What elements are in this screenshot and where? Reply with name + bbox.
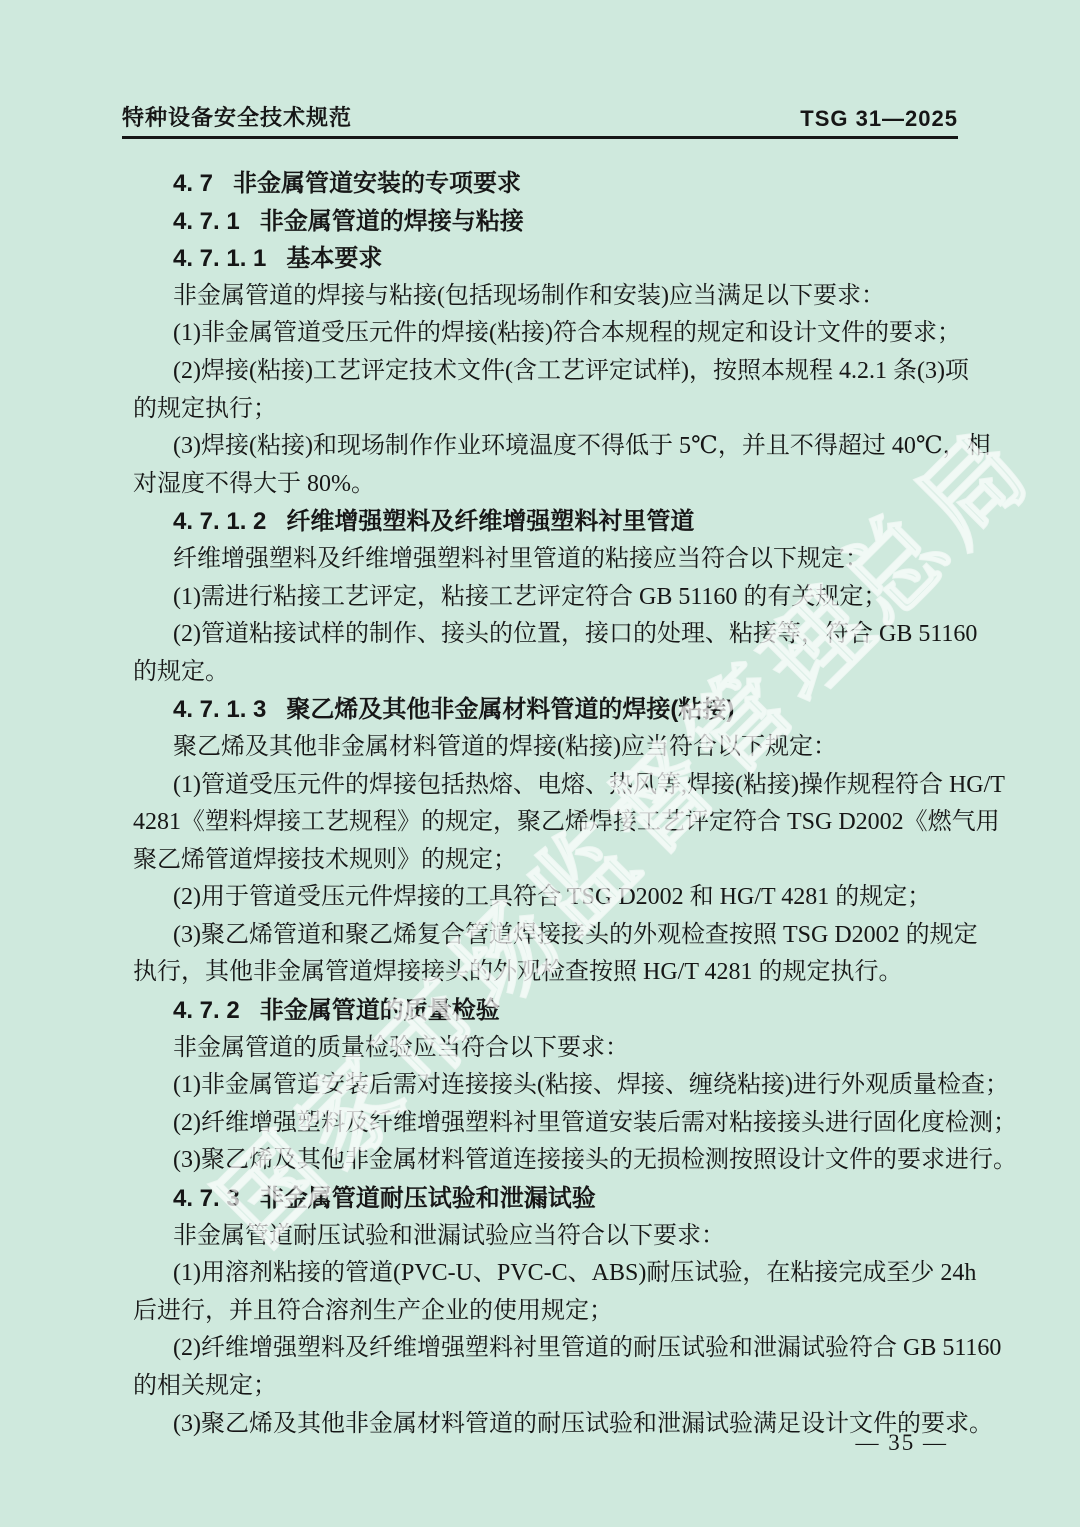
section-heading: 4. 7. 1. 1 基本要求 <box>133 240 963 278</box>
body-text-line: (2)管道粘接试样的制作、接头的位置，接口的处理、粘接等，符合 GB 51160 <box>133 616 963 654</box>
body-text-line: 的规定执行； <box>133 391 963 429</box>
section-heading: 4. 7. 1 非金属管道的焊接与粘接 <box>133 203 963 241</box>
body-text-line: 非金属管道的质量检验应当符合以下要求： <box>133 1030 963 1068</box>
body-text-line: (3)聚乙烯及其他非金属材料管道的耐压试验和泄漏试验满足设计文件的要求。 <box>133 1406 963 1444</box>
body-text-line: 后进行，并且符合溶剂生产企业的使用规定； <box>133 1293 963 1331</box>
body-text-line: (3)焊接(粘接)和现场制作作业环境温度不得低于 5℃，并且不得超过 40℃，相 <box>133 428 963 466</box>
body-text-line: 聚乙烯管道焊接技术规则》的规定； <box>133 842 963 880</box>
body-text-line: (2)纤维增强塑料及纤维增强塑料衬里管道安装后需对粘接接头进行固化度检测； <box>133 1105 963 1143</box>
header-spec-title: 特种设备安全技术规范 <box>122 101 352 132</box>
document-page: 国家市场监督管理总局 特种设备安全技术规范 TSG 31—2025 4. 7 非… <box>0 0 1080 1527</box>
body-text-line: (2)用于管道受压元件焊接的工具符合 TSG D2002 和 HG/T 4281… <box>133 879 963 917</box>
body-text-line: (3)聚乙烯管道和聚乙烯复合管道焊接接头的外观检查按照 TSG D2002 的规… <box>133 917 963 955</box>
section-heading: 4. 7 非金属管道安装的专项要求 <box>133 165 963 203</box>
section-heading: 4. 7. 1. 3 聚乙烯及其他非金属材料管道的焊接(粘接) <box>133 691 963 729</box>
document-body: 4. 7 非金属管道安装的专项要求4. 7. 1 非金属管道的焊接与粘接4. 7… <box>133 165 963 1443</box>
page-header: 特种设备安全技术规范 TSG 31—2025 <box>122 101 958 139</box>
body-text-line: (3)聚乙烯及其他非金属材料管道连接接头的无损检测按照设计文件的要求进行。 <box>133 1142 963 1180</box>
body-text-line: 非金属管道的焊接与粘接(包括现场制作和安装)应当满足以下要求： <box>133 278 963 316</box>
body-text-line: (1)非金属管道受压元件的焊接(粘接)符合本规程的规定和设计文件的要求； <box>133 315 963 353</box>
body-text-line: (1)需进行粘接工艺评定，粘接工艺评定符合 GB 51160 的有关规定； <box>133 579 963 617</box>
body-text-line: 纤维增强塑料及纤维增强塑料衬里管道的粘接应当符合以下规定： <box>133 541 963 579</box>
body-text-line: (2)焊接(粘接)工艺评定技术文件(含工艺评定试样)，按照本规程 4.2.1 条… <box>133 353 963 391</box>
body-text-line: 的相关规定； <box>133 1368 963 1406</box>
body-text-line: 4281《塑料焊接工艺规程》的规定，聚乙烯焊接工艺评定符合 TSG D2002《… <box>133 804 963 842</box>
body-text-line: 执行，其他非金属管道焊接接头的外观检查按照 HG/T 4281 的规定执行。 <box>133 954 963 992</box>
body-text-line: (1)非金属管道安装后需对连接接头(粘接、焊接、缠绕粘接)进行外观质量检查； <box>133 1067 963 1105</box>
body-text-line: 聚乙烯及其他非金属材料管道的焊接(粘接)应当符合以下规定： <box>133 729 963 767</box>
section-heading: 4. 7. 1. 2 纤维增强塑料及纤维增强塑料衬里管道 <box>133 503 963 541</box>
section-heading: 4. 7. 3 非金属管道耐压试验和泄漏试验 <box>133 1180 963 1218</box>
header-document-code: TSG 31—2025 <box>800 106 958 132</box>
body-text-line: (1)用溶剂粘接的管道(PVC-U、PVC-C、ABS)耐压试验，在粘接完成至少… <box>133 1255 963 1293</box>
page-number: — 35 — <box>856 1430 949 1456</box>
body-text-line: (2)纤维增强塑料及纤维增强塑料衬里管道的耐压试验和泄漏试验符合 GB 5116… <box>133 1330 963 1368</box>
body-text-line: 的规定。 <box>133 654 963 692</box>
section-heading: 4. 7. 2 非金属管道的质量检验 <box>133 992 963 1030</box>
body-text-line: 非金属管道耐压试验和泄漏试验应当符合以下要求： <box>133 1218 963 1256</box>
body-text-line: (1)管道受压元件的焊接包括热熔、电熔、热风等,焊接(粘接)操作规程符合 HG/… <box>133 767 963 805</box>
body-text-line: 对湿度不得大于 80%。 <box>133 466 963 504</box>
